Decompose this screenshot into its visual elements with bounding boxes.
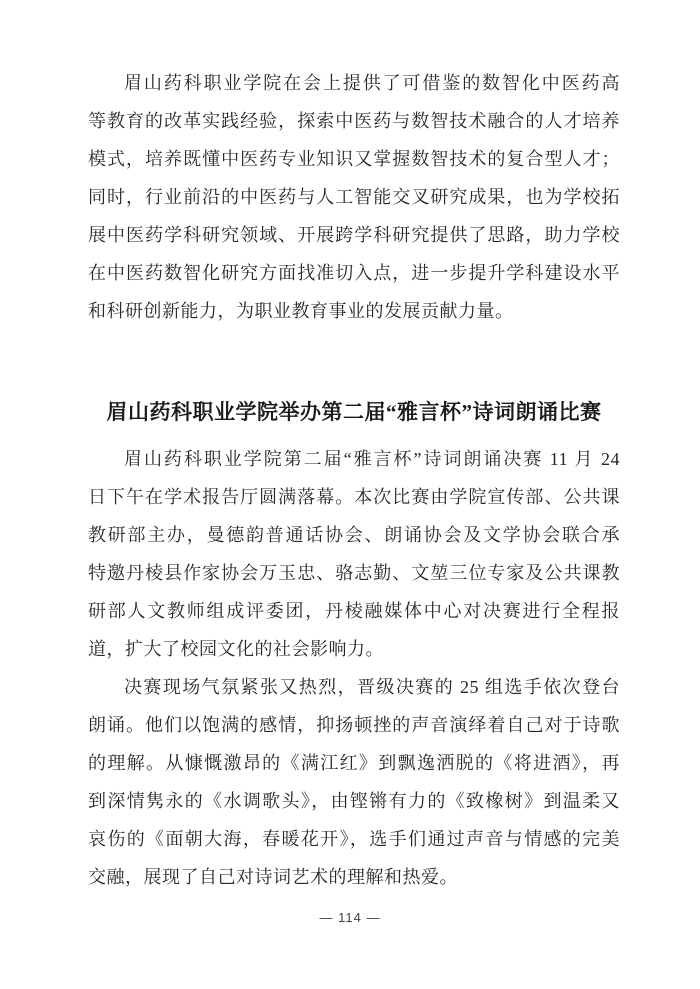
- text-line: 同时，行业前沿的中医药与人工智能交叉研究成果，也为学校拓: [88, 178, 620, 216]
- article-heading: 眉山药科职业学院举办第二届“雅言杯”诗词朗诵比赛: [88, 392, 620, 432]
- text-line: 眉山药科职业学院在会上提供了可借鉴的数智化中医药高: [88, 64, 620, 102]
- text-line: 日下午在学术报告厅圆满落幕。本次比赛由学院宣传部、公共课: [88, 478, 620, 516]
- text-line: 和科研创新能力，为职业教育事业的发展贡献力量。: [88, 292, 620, 330]
- text-line: 哀伤的《面朝大海，春暖花开》，选手们通过声音与情感的完美: [88, 820, 620, 858]
- paragraph-article-intro: 眉山药科职业学院第二届“雅言杯”诗词朗诵决赛 11 月 24日下午在学术报告厅圆…: [88, 440, 620, 668]
- document-page: 眉山药科职业学院在会上提供了可借鉴的数智化中医药高等教育的改革实践经验，探索中医…: [0, 0, 700, 989]
- text-line: 道，扩大了校园文化的社会影响力。: [88, 630, 620, 668]
- text-line: 眉山药科职业学院第二届“雅言杯”诗词朗诵决赛 11 月 24: [88, 440, 620, 478]
- page-number: — 114 —: [0, 910, 700, 925]
- text-line: 的理解。从慷慨激昂的《满江红》到飘逸洒脱的《将进酒》，再: [88, 744, 620, 782]
- text-line: 特邀丹棱县作家协会万玉忠、骆志勤、文堃三位专家及公共课教: [88, 554, 620, 592]
- text-line: 等教育的改革实践经验，探索中医药与数智技术融合的人才培养: [88, 102, 620, 140]
- text-line: 到深情隽永的《水调歌头》，由铿锵有力的《致橡树》到温柔又: [88, 782, 620, 820]
- text-line: 模式，培养既懂中医药专业知识又掌握数智技术的复合型人才；: [88, 140, 620, 178]
- text-line: 教研部主办，曼德韵普通话协会、朗诵协会及文学协会联合承办，: [88, 516, 620, 554]
- text-line: 展中医药学科研究领域、开展跨学科研究提供了思路，助力学校: [88, 216, 620, 254]
- text-line: 朗诵。他们以饱满的感情，抑扬顿挫的声音演绎着自己对于诗歌: [88, 706, 620, 744]
- article-content: 眉山药科职业学院在会上提供了可借鉴的数智化中医药高等教育的改革实践经验，探索中医…: [88, 64, 620, 896]
- paragraph-previous-article: 眉山药科职业学院在会上提供了可借鉴的数智化中医药高等教育的改革实践经验，探索中医…: [88, 64, 620, 330]
- text-line: 研部人文教师组成评委团，丹棱融媒体中心对决赛进行全程报: [88, 592, 620, 630]
- text-line: 交融，展现了自己对诗词艺术的理解和热爱。: [88, 858, 620, 896]
- paragraph-article-finals: 决赛现场气氛紧张又热烈，晋级决赛的 25 组选手依次登台朗诵。他们以饱满的感情，…: [88, 668, 620, 896]
- text-line: 决赛现场气氛紧张又热烈，晋级决赛的 25 组选手依次登台: [88, 668, 620, 706]
- text-line: 在中医药数智化研究方面找准切入点，进一步提升学科建设水平: [88, 254, 620, 292]
